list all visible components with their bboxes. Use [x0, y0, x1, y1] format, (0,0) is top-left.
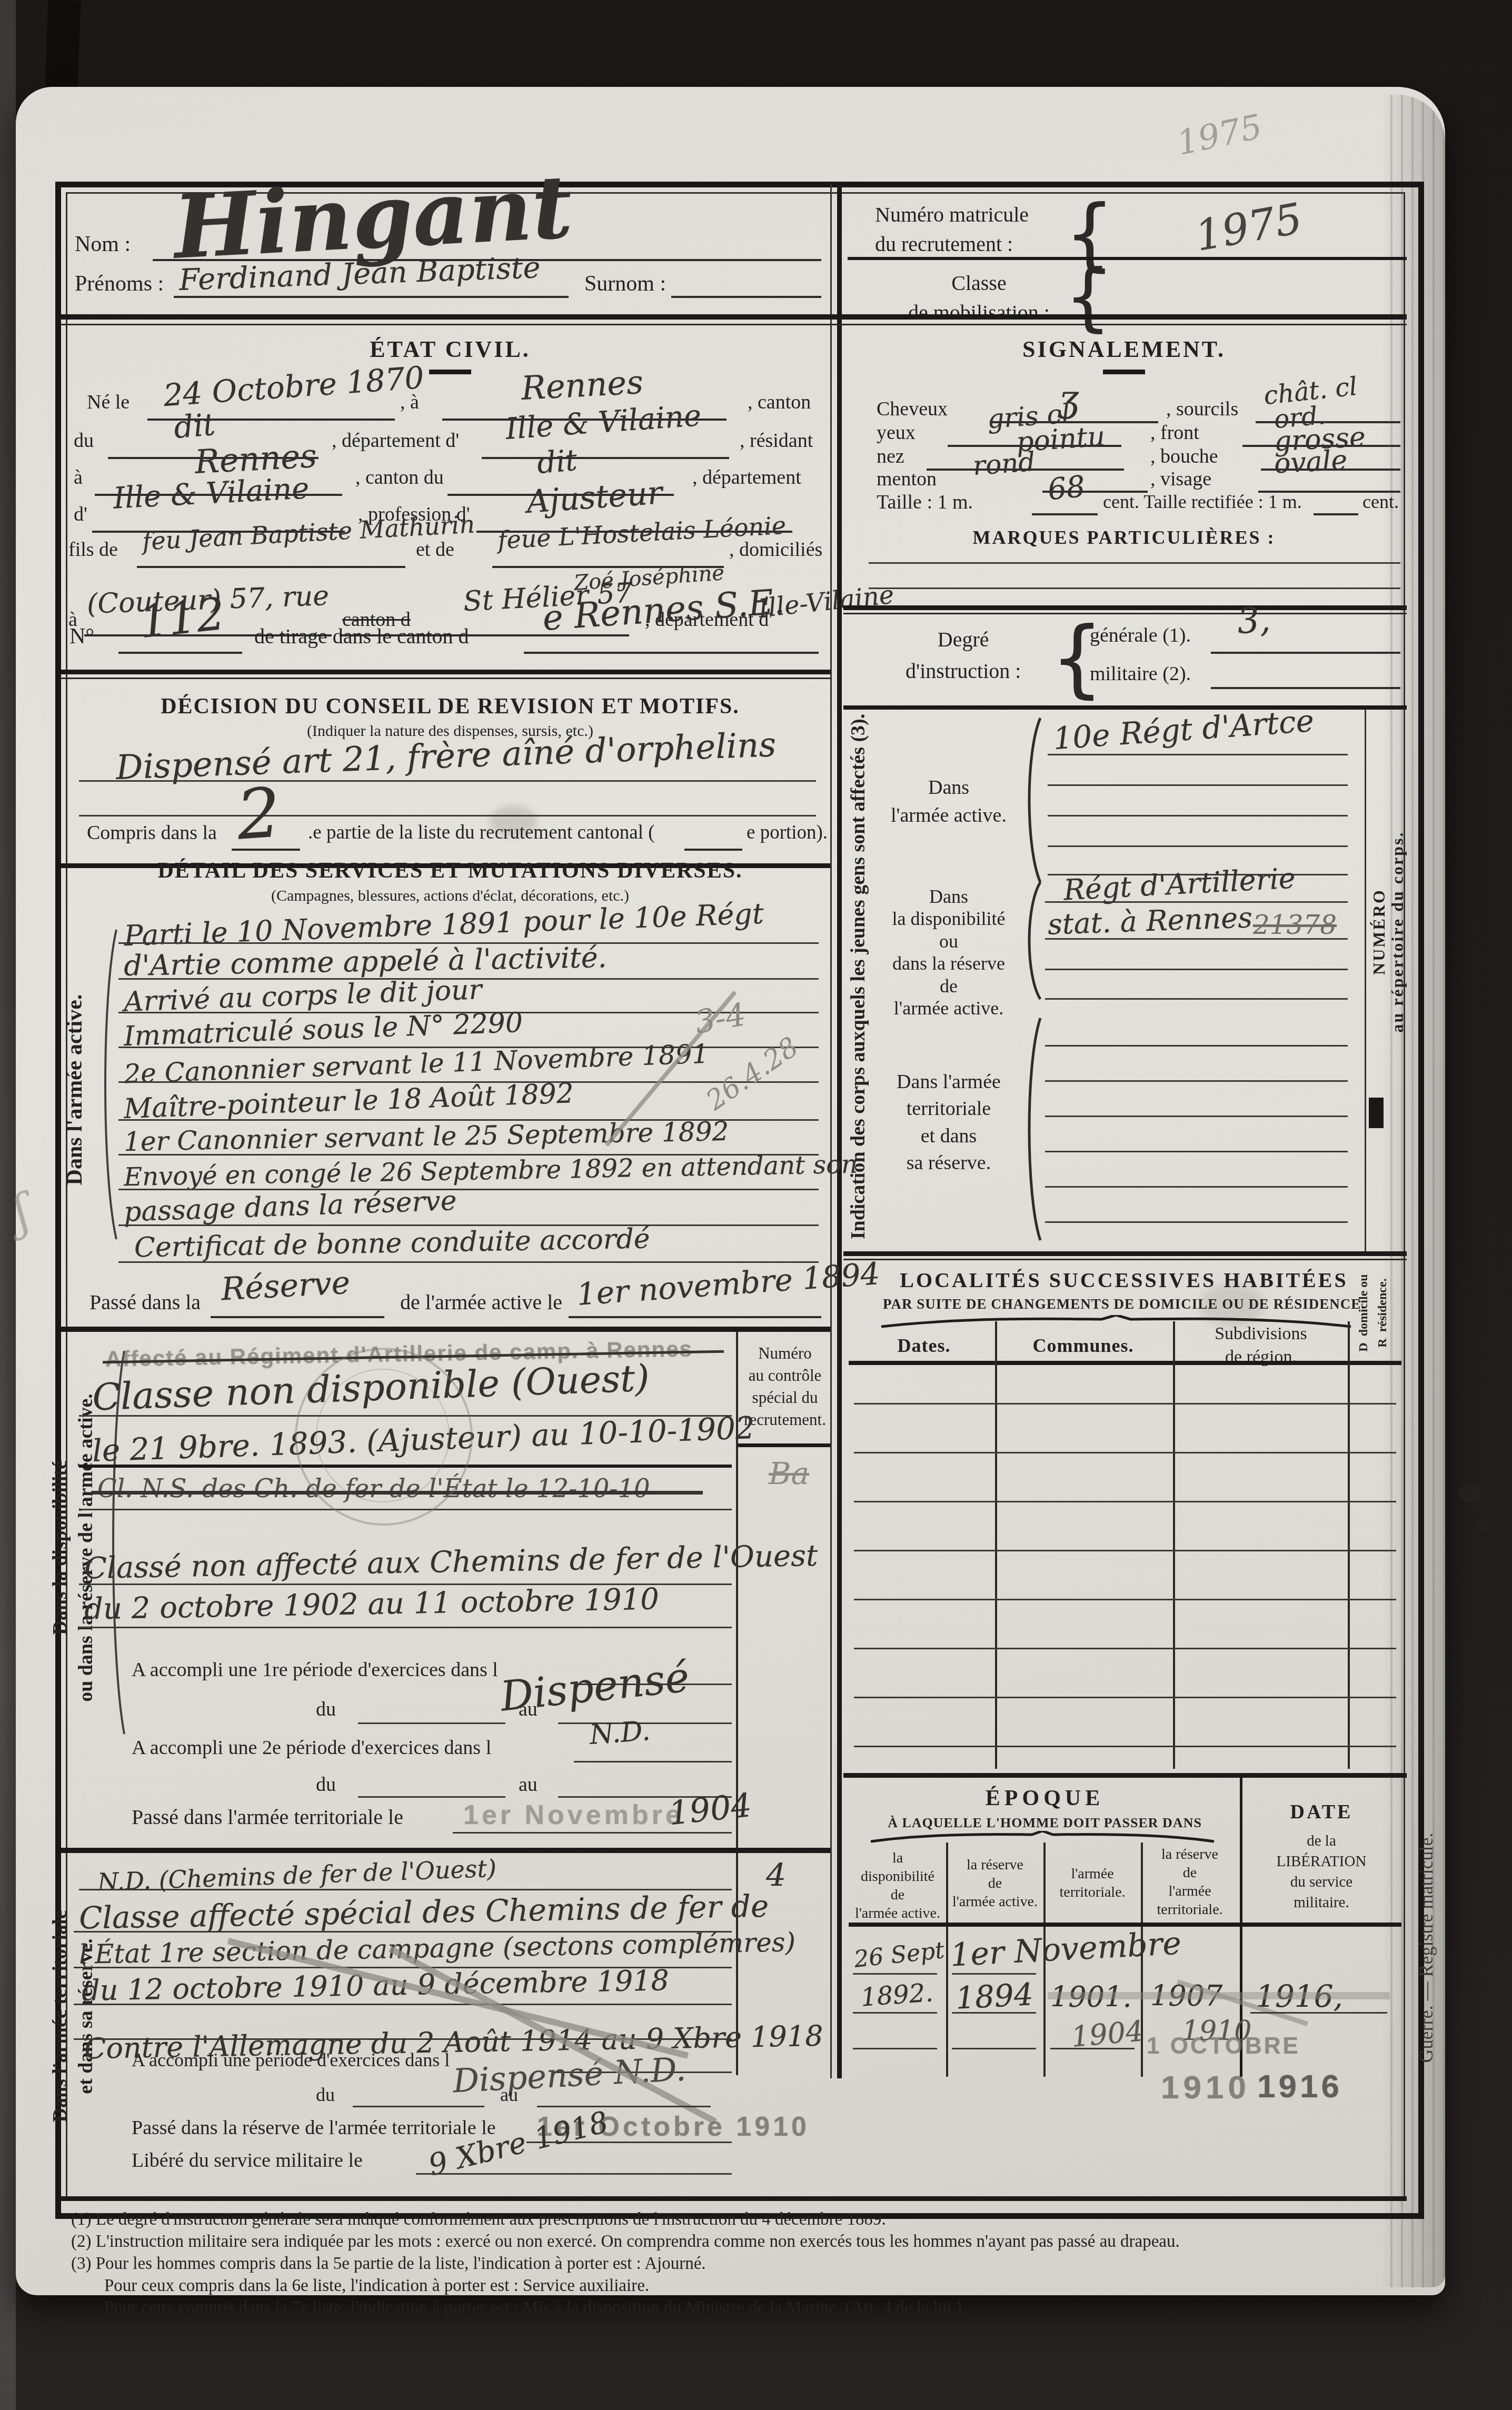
a2-label: à	[74, 466, 83, 489]
signalement-title: SIGNALEMENT.	[969, 336, 1279, 363]
terr-line6	[1045, 1221, 1348, 1223]
localites-colline-3	[1348, 1321, 1350, 1769]
epoque-col1: la disponibilité de l'armée active.	[850, 1849, 945, 1923]
prenoms-label: Prénoms :	[75, 271, 164, 296]
epoque-title: ÉPOQUE	[849, 1786, 1241, 1811]
ep-line-c3a	[1050, 2048, 1135, 2049]
dispo-rule5	[79, 1627, 732, 1628]
taille-line2	[1314, 513, 1358, 515]
corps-bottom-rule	[843, 1251, 1407, 1256]
active-line3	[1048, 815, 1348, 816]
degre-top-rule	[843, 605, 1407, 610]
epoque-stamp-octobre: 1 OCTOBRE	[1147, 2033, 1300, 2059]
localites-colline-2	[1173, 1321, 1175, 1769]
degre-top-rule2	[843, 613, 1407, 614]
reserve-row-label2: de l'armée active le	[400, 1290, 562, 1314]
mere-line	[492, 566, 724, 568]
compris-line1	[232, 849, 300, 851]
terr-line4	[1045, 1151, 1348, 1152]
marques-line1	[869, 562, 1400, 564]
compris-label3: e portion).	[747, 821, 828, 844]
ne-le-label: Né le	[87, 391, 130, 414]
ep-line-c2a	[952, 1973, 1036, 1975]
domicilies-label: , domiciliés	[729, 538, 822, 561]
periode1-label: A accompli une 1re période d'exercices d…	[132, 1658, 498, 1681]
stain	[1475, 1521, 1489, 1533]
ep-line-c1b	[853, 2012, 937, 2014]
terr-libere-label: Libéré du service militaire le	[132, 2149, 363, 2172]
departement1-label: , département d'	[332, 429, 459, 452]
front-label: , front	[1150, 421, 1199, 444]
degre-militaire-line	[1211, 687, 1400, 689]
terr-rule3	[74, 2004, 732, 2005]
tirage-no-label: N°	[69, 624, 94, 649]
terr-brace-arc	[1021, 1016, 1042, 1242]
tirage-no-line	[118, 652, 242, 654]
taille-label: Taille : 1 m.	[877, 491, 973, 514]
footnote-3: (3) Pour les hommes compris dans la 5e p…	[71, 2254, 706, 2274]
armee-active-label: Dans l'armée active.	[880, 774, 1017, 830]
controle-value: Ba	[769, 1456, 809, 1491]
degre-generale-value: 3,	[1236, 599, 1271, 642]
header-bottom-rule	[61, 314, 1407, 320]
tirage-no-value: 112	[137, 588, 227, 649]
periode2-label: A accompli une 2e période d'exercices da…	[132, 1736, 491, 1759]
localites-colline-1	[995, 1321, 997, 1769]
nez-label: nez	[877, 445, 904, 468]
terr-du-line	[353, 2106, 484, 2107]
periode2-du: du	[316, 1773, 336, 1796]
periode2-line	[574, 1761, 732, 1762]
bouche-label: , bouche	[1150, 445, 1218, 468]
departement2-label: , département	[692, 466, 801, 489]
departement1-line	[482, 457, 729, 459]
center-divider-thick	[837, 183, 842, 2078]
dispo-line3-strike	[92, 1491, 703, 1495]
terr-du: du	[316, 2084, 335, 2106]
svc-rule-7	[118, 1189, 819, 1190]
epoque-hbrace	[869, 1831, 1216, 1844]
epoque-col4: la réserve de l'armée territoriale.	[1142, 1845, 1237, 1919]
menton-label: menton	[877, 467, 937, 491]
periode1-du-line	[358, 1722, 505, 1724]
terr-au-line	[537, 2106, 711, 2107]
dispo-line2	[1045, 938, 1348, 940]
numero-repertoire-label: NUMÉRO au répertoire du corps.	[1370, 763, 1405, 1100]
compris-label2: .e partie de la liste du recrutement can…	[308, 821, 655, 844]
localites-header-rule	[849, 1361, 1401, 1365]
loc-row-8	[854, 1746, 1396, 1747]
reserve-row-line2	[569, 1316, 821, 1318]
terr-au: au	[500, 2084, 518, 2106]
loc-row-7	[854, 1697, 1396, 1698]
decision-title: DÉCISION DU CONSEIL DE REVISION ET MOTIF…	[105, 694, 795, 719]
menton-value: rond	[972, 446, 1036, 481]
loc-row-2	[854, 1452, 1396, 1453]
tirage-canton-line	[524, 652, 819, 654]
taille-value: 68	[1046, 469, 1087, 507]
terr-libere-line	[416, 2173, 732, 2175]
epoque-v2b: 1894	[954, 1976, 1034, 2016]
spine-note-wrap: Guerre. — Registre matricule.	[1415, 1716, 1440, 2179]
localites-col-dr-wrap: D domicile ou R résidence.	[1354, 1268, 1398, 1358]
canton2-label: , canton du	[355, 466, 444, 489]
services-title: DÉTAIL DES SERVICES ET MUTATIONS DIVERSE…	[100, 858, 800, 883]
reserve-row-value1: Réserve	[220, 1264, 351, 1308]
classe-mobilisation-brace: {	[1065, 261, 1111, 334]
ep-line-c1c	[853, 2048, 937, 2049]
cheveux-label: Cheveux	[877, 397, 948, 421]
yeux-label: yeux	[877, 421, 916, 444]
degre-generale-line	[1211, 652, 1400, 654]
degre-generale-label: générale (1).	[1090, 624, 1191, 647]
header-right-rule	[848, 257, 1407, 260]
ep-line-c2b	[952, 2012, 1036, 2014]
services-vertical-label: Dans l'armée active.	[62, 937, 92, 1242]
corps-bottom-rule2	[843, 1259, 1407, 1260]
header-bottom-rule-thin	[61, 324, 1407, 325]
scanned-military-register-sheet: 1975 ʃ Nom : Hingant Prénoms : Ferdinand…	[0, 0, 1512, 2410]
marques-label: MARQUES PARTICULIÈRES :	[921, 526, 1327, 549]
terr-label: Dans l'armée territoriale et dans sa rés…	[880, 1069, 1017, 1177]
degre-bottom-rule	[843, 705, 1407, 710]
a1-value: Rennes	[520, 363, 644, 407]
epoque-header-rule	[849, 1923, 1401, 1927]
dispo-brace-arc	[1021, 880, 1042, 1001]
terr-margin-note: 4	[766, 1857, 786, 1894]
stain	[1458, 1485, 1483, 1502]
epoque-colline-1	[946, 1843, 948, 2077]
services-vertical-label-wrap: Dans l'armée active.	[62, 937, 92, 1242]
compris-label1: Compris dans la	[87, 821, 217, 844]
active-line1	[1048, 754, 1348, 755]
nom-label: Nom :	[75, 232, 131, 257]
marques-line2	[869, 587, 1400, 589]
reserve-row-line1	[211, 1316, 384, 1318]
footnote-1: (1) Le degré d'instruction générale sera…	[71, 2210, 886, 2229]
fils-de-label: fils de	[68, 538, 118, 561]
repertoire-black-mark	[1369, 1098, 1384, 1128]
decision-line1	[79, 780, 816, 782]
loc-row-4	[854, 1550, 1396, 1551]
compris-line2	[684, 849, 742, 851]
tirage-bottom-rule2	[61, 678, 830, 679]
du1-value: dit	[172, 406, 217, 446]
epoque-col2: la réserve de l'armée active.	[948, 1856, 1042, 1911]
passe-terr-line	[453, 1832, 732, 1834]
pere-line	[137, 566, 405, 568]
active-line2	[1048, 784, 1348, 786]
ep-line-c5a	[1250, 2012, 1387, 2014]
dispo-bottom-rule	[61, 1848, 830, 1853]
footnote-4: Pour ceux compris dans la 6e liste, l'in…	[104, 2276, 649, 2296]
reserve-row-label1: Passé dans la	[89, 1290, 201, 1314]
center-divider-thin	[830, 183, 832, 2078]
terr-line1	[1045, 1045, 1348, 1047]
taille-mid-label: cent. Taille rectifiée : 1 m.	[1103, 491, 1302, 513]
dispo-line4	[1045, 998, 1348, 1000]
epoque-col5-rest: de la LIBÉRATION du service militaire.	[1245, 1831, 1398, 1914]
localites-col-dates: Dates.	[858, 1335, 990, 1357]
decision-line2	[79, 815, 816, 816]
compris-value: 2	[234, 772, 283, 855]
et-de-label: et de	[416, 538, 454, 561]
canton1-label: , canton	[748, 391, 811, 414]
dispo-rule2	[79, 1465, 732, 1468]
footnotes-top-rule	[61, 2196, 1407, 2201]
taille-line	[1032, 513, 1098, 515]
svc-rule-9	[118, 1261, 819, 1263]
passe-terr-stamp: 1er Novembre	[463, 1799, 684, 1831]
dispo-line3	[1045, 969, 1348, 970]
corps-repertoire-divider	[1365, 710, 1366, 1252]
epoque-col5-top: DATE	[1245, 1800, 1398, 1824]
tirage-canton-label: de tirage dans le canton d	[254, 624, 469, 649]
degre-militaire-label: militaire (2).	[1090, 662, 1191, 685]
epoque-stamp-1910: 1910	[1161, 2069, 1250, 2106]
surnom-line	[671, 296, 821, 298]
dispo-line3: Cl. N.S. des Ch. de fer de l'État le 12-…	[97, 1474, 650, 1503]
etat-civil-title: ÉTAT CIVIL.	[295, 336, 605, 363]
terr-line2	[1045, 1080, 1348, 1082]
terr-line5	[1045, 1186, 1348, 1188]
loc-row-5	[854, 1599, 1396, 1600]
periode2-du-line	[358, 1796, 505, 1798]
services-brace-arc	[97, 927, 118, 1242]
a1-label: , à	[400, 391, 419, 414]
loc-row-6	[854, 1648, 1396, 1649]
du1-label: du	[74, 429, 94, 452]
periode1-du: du	[316, 1698, 336, 1721]
passe-terr-label: Passé dans l'armée territoriale le	[132, 1805, 403, 1829]
periode1-value2: N.D.	[589, 1715, 651, 1751]
visage-label: , visage	[1150, 467, 1211, 491]
taille-end-label: cent.	[1362, 491, 1399, 513]
epoque-v1b: 1892.	[860, 1978, 934, 2012]
canton2-value: dit	[535, 443, 579, 481]
epoque-stamp-1916: 1916	[1257, 2068, 1342, 2105]
terr-line3	[1045, 1116, 1348, 1117]
localites-col-dr: D domicile ou R résidence.	[1354, 1268, 1398, 1358]
terr-periode-label: A accompli une période d'exercices dans …	[132, 2049, 450, 2071]
dispo-rule3	[79, 1509, 732, 1510]
prenoms-line	[174, 296, 569, 298]
epoque-subtitle: À LAQUELLE L'HOMME DOIT PASSER DANS	[849, 1815, 1241, 1831]
residant-label: , résidant	[740, 429, 813, 452]
ep-line-c1a	[853, 1973, 937, 1975]
etat-civil-dash	[429, 370, 471, 374]
footnote-5: Pour ceux compris dans la 7e liste, l'in…	[104, 2298, 962, 2318]
sourcils-label: , sourcils	[1166, 397, 1238, 421]
ep-line-c2c	[952, 2048, 1036, 2049]
epoque-col3: l'armée territoriale.	[1045, 1865, 1140, 1901]
spine-note: Guerre. — Registre matricule.	[1415, 1716, 1440, 2179]
footnote-2: (2) L'instruction militaire sera indiqué…	[71, 2232, 1408, 2252]
localites-subtitle: PAR SUITE DE CHANGEMENTS DE DOMICILE OU …	[863, 1296, 1385, 1312]
degre-label: Degré d'instruction :	[906, 624, 1021, 687]
active-line4	[1048, 845, 1348, 847]
dispo-label: Dans la disponibilité ou dans la réserve…	[880, 885, 1017, 1020]
periode2-au: au	[519, 1773, 538, 1796]
signalement-dash	[1103, 370, 1145, 374]
tirage-bottom-rule	[61, 670, 830, 674]
numero-repertoire-wrap: NUMÉRO au répertoire du corps.	[1370, 763, 1405, 1100]
d2-label: d'	[74, 503, 87, 526]
localites-col-communes: Communes.	[1000, 1335, 1166, 1357]
terr-passe-label: Passé dans la réserve de l'armée territo…	[132, 2116, 496, 2139]
numero-matricule-label: Numéro matricule du recrutement :	[875, 200, 1029, 259]
dispo-value2-struck: 21378	[1253, 910, 1337, 940]
armee-active-brace-arc	[1021, 716, 1042, 884]
loc-row-3	[854, 1501, 1396, 1502]
epoque-top-rule	[843, 1773, 1407, 1778]
surnom-label: Surnom :	[584, 271, 666, 296]
visage-value: ovale	[1274, 444, 1348, 480]
reserve-bottom-rule	[61, 1327, 830, 1332]
loc-row-1	[854, 1403, 1396, 1405]
localites-title: LOCALITÉS SUCCESSIVES HABITÉES	[863, 1268, 1385, 1292]
